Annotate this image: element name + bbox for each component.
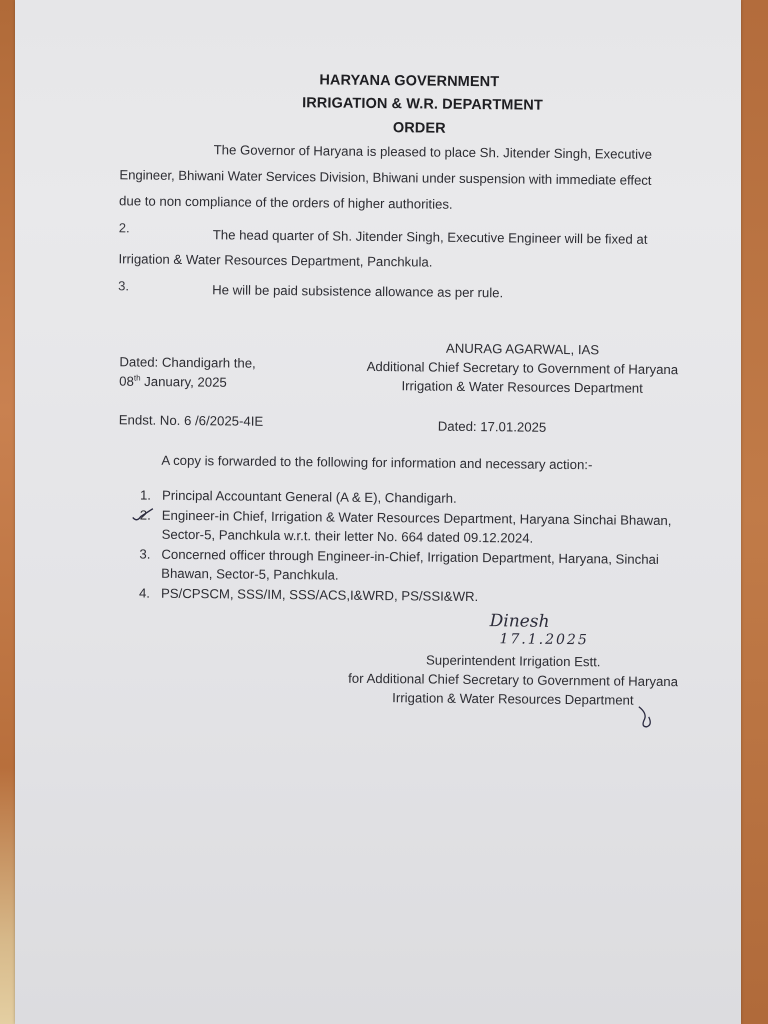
- recipient-list: 1. Principal Accountant General (A & E),…: [139, 486, 710, 609]
- handwritten-initial-icon: [633, 703, 657, 731]
- department-heading: IRRIGATION & W.R. DEPARTMENT: [302, 95, 543, 114]
- copy-forward-intro: A copy is forwarded to the following for…: [161, 453, 592, 473]
- endorsement-number: Endst. No. 6 /6/2025-4IE: [119, 412, 264, 429]
- document-page: HARYANA GOVERNMENT IRRIGATION & W.R. DEP…: [15, 0, 741, 1024]
- second-signatory-block: Superintendent Irrigation Estt. for Addi…: [343, 650, 684, 711]
- para1-line2: Engineer, Bhiwani Water Services Divisio…: [119, 167, 651, 188]
- order-heading: ORDER: [393, 120, 446, 137]
- para3-number: 3.: [118, 278, 129, 293]
- para2-number: 2.: [119, 220, 130, 235]
- para2-line1: The head quarter of Sh. Jitender Singh, …: [213, 227, 648, 247]
- order-date: 08th January, 2025: [119, 373, 227, 390]
- para2-line2: Irrigation & Water Resources Department,…: [118, 251, 432, 269]
- order-document: HARYANA GOVERNMENT IRRIGATION & W.R. DEP…: [8, 0, 745, 1024]
- dated-place: Dated: Chandigarh the,: [119, 354, 256, 370]
- signatory-department: Irrigation & Water Resources Department: [362, 376, 682, 398]
- handwritten-tick-icon: [131, 506, 161, 522]
- para1-line3: due to non compliance of the orders of h…: [119, 193, 453, 211]
- handwritten-signature: Dinesh: [490, 611, 550, 632]
- government-heading: HARYANA GOVERNMENT: [319, 72, 499, 90]
- recipient-item: 3. Concerned officer through Engineer-in…: [139, 544, 709, 589]
- para3-line1: He will be paid subsistence allowance as…: [212, 282, 503, 300]
- recipient-item: 2. Engineer-in Chief, Irrigation & Water…: [140, 505, 710, 550]
- signatory-block: ANURAG AGARWAL, IAS Additional Chief Sec…: [362, 338, 683, 398]
- endorsement-date: Dated: 17.01.2025: [438, 419, 547, 435]
- para1-line1: The Governor of Haryana is pleased to pl…: [214, 142, 653, 162]
- handwritten-date: 17.1.2025: [499, 631, 588, 648]
